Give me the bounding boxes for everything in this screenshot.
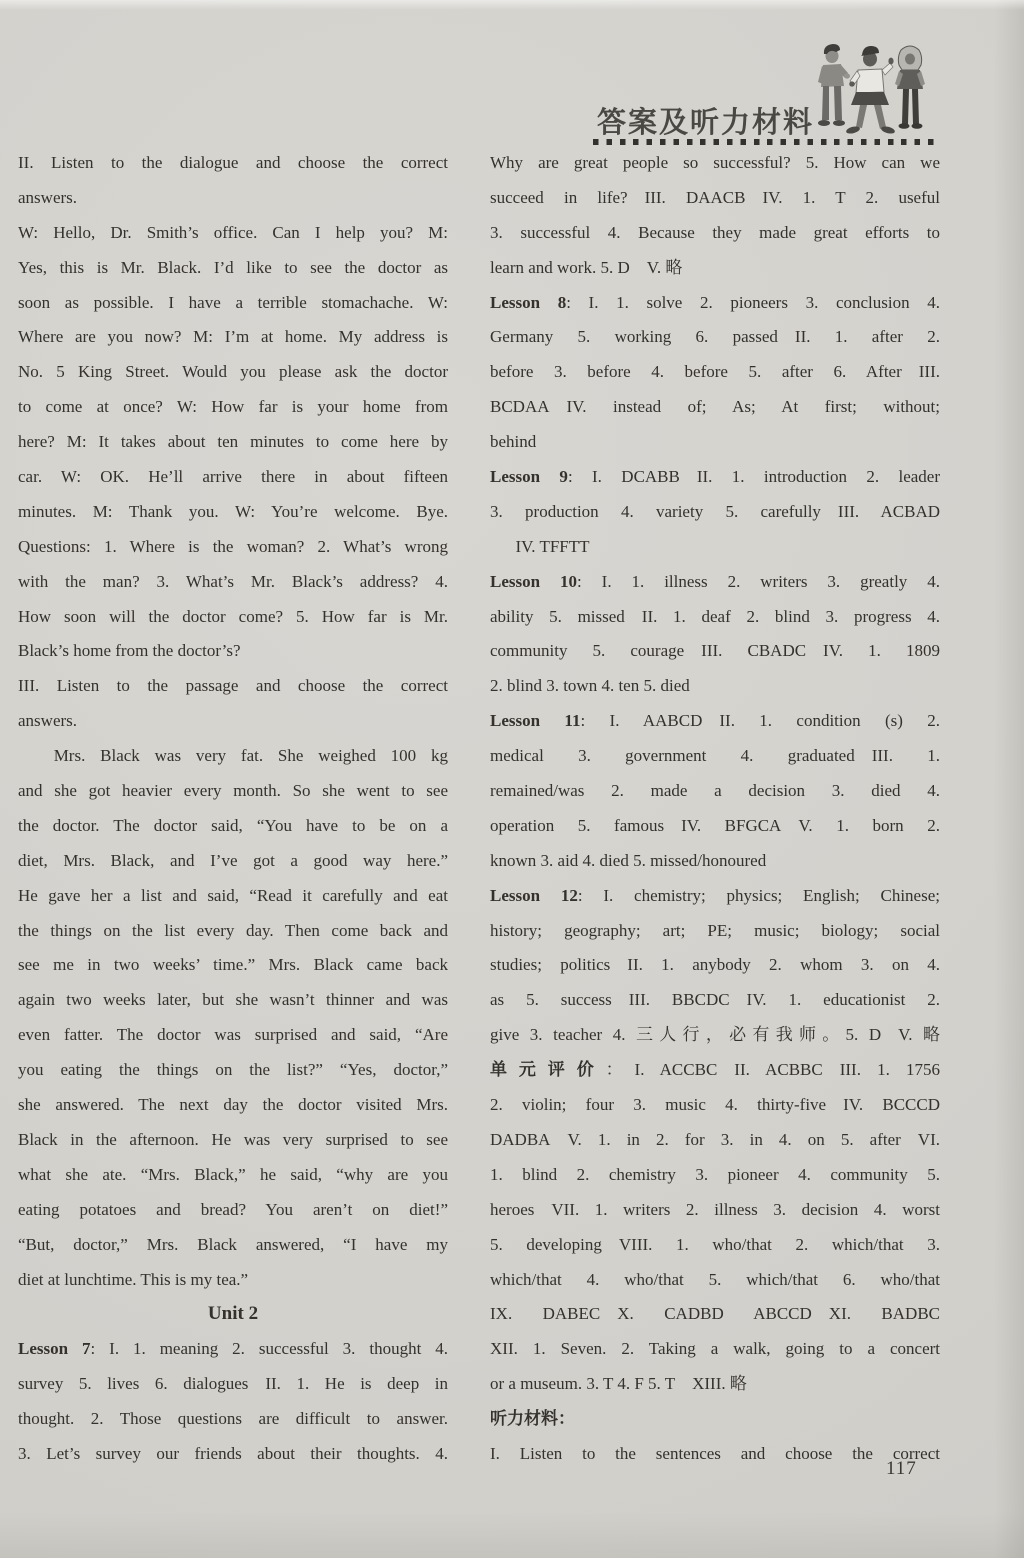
text-line: or a museum. 3. T 4. F 5. T XIII. 略 [490, 1367, 940, 1402]
text-line: soon as possible. I have a terrible stom… [18, 286, 448, 321]
text-line: community 5. courage III. CBADC IV. 1. 1… [490, 634, 940, 669]
text-line: even fatter. The doctor was surprised an… [18, 1018, 448, 1053]
text-line: 1. blind 2. chemistry 3. pioneer 4. comm… [490, 1158, 940, 1193]
text-line: thought. 2. Those questions are difficul… [18, 1402, 448, 1437]
text-line: you eating the things on the list?” “Yes… [18, 1053, 448, 1088]
text-line: 2. violin; four 3. music 4. thirty-five … [490, 1088, 940, 1123]
text-line: Black in the afternoon. He was very surp… [18, 1123, 448, 1158]
text-line: DADBA V. 1. in 2. for 3. in 4. on 5. aft… [490, 1123, 940, 1158]
text-line: the things on the list every day. Then c… [18, 914, 448, 949]
text-line: see me in two weeks’ time.” Mrs. Black c… [18, 948, 448, 983]
text-line: history; geography; art; PE; music; biol… [490, 914, 940, 949]
text-line: Lesson 7: I. 1. meaning 2. successful 3.… [18, 1332, 448, 1367]
text-line: studies; politics II. 1. anybody 2. whom… [490, 948, 940, 983]
text-line: ability 5. missed II. 1. deaf 2. blind 3… [490, 600, 940, 635]
text-line: IV. TFFTT [490, 530, 940, 565]
text-line: again two weeks later, but she wasn’t th… [18, 983, 448, 1018]
text-line: 3. successful 4. Because they made great… [490, 216, 940, 251]
text-line: Lesson 8: I. 1. solve 2. pioneers 3. con… [490, 286, 940, 321]
text-line: 3. production 4. variety 5. carefully II… [490, 495, 940, 530]
text-line: BCDAA IV. instead of; As; At first; with… [490, 390, 940, 425]
text-line: XII. 1. Seven. 2. Taking a walk, going t… [490, 1332, 940, 1367]
text-line: Lesson 9: I. DCABB II. 1. introduction 2… [490, 460, 940, 495]
text-line: Germany 5. working 6. passed II. 1. afte… [490, 320, 940, 355]
text-line: 单元评价：I. ACCBC II. ACBBC III. 1. 1756 [490, 1053, 940, 1088]
text-line: give 3. teacher 4. 三人行，必有我师。5. D V. 略 [490, 1018, 940, 1053]
scanned-book-page: 答案及听力材料 [0, 0, 1024, 1558]
text-line: Lesson 11: I. AABCD II. 1. condition (s)… [490, 704, 940, 739]
text-line: as 5. success III. BBCDC IV. 1. educatio… [490, 983, 940, 1018]
text-line: How soon will the doctor come? 5. How fa… [18, 600, 448, 635]
text-line: heroes VII. 1. writers 2. illness 3. dec… [490, 1193, 940, 1228]
text-line: diet at lunchtime. This is my tea.” [18, 1263, 448, 1298]
text-line: 5. developing VIII. 1. who/that 2. which… [490, 1228, 940, 1263]
text-line: He gave her a list and said, “Read it ca… [18, 879, 448, 914]
text-line: Questions: 1. Where is the woman? 2. Wha… [18, 530, 448, 565]
text-column-left: II. Listen to the dialogue and choose th… [18, 146, 448, 1472]
text-line: which/that 4. who/that 5. which/that 6. … [490, 1263, 940, 1298]
text-line: Where are you now? M: I’m at home. My ad… [18, 320, 448, 355]
text-line: succeed in life? III. DAACB IV. 1. T 2. … [490, 181, 940, 216]
text-line: 2. blind 3. town 4. ten 5. died [490, 669, 940, 704]
text-line: Yes, this is Mr. Black. I’d like to see … [18, 251, 448, 286]
student-middle-figure [845, 46, 895, 135]
text-line: learn and work. 5. D V. 略 [490, 251, 940, 286]
page-header-title: 答案及听力材料 [597, 100, 814, 141]
text-line: IX. DABEC X. CADBD ABCCD XI. BADBC [490, 1297, 940, 1332]
text-line: before 3. before 4. before 5. after 6. A… [490, 355, 940, 390]
text-line: answers. [18, 704, 448, 739]
text-line: minutes. M: Thank you. W: You’re welcome… [18, 495, 448, 530]
text-line: the doctor. The doctor said, “You have t… [18, 809, 448, 844]
text-line: Lesson 12: I. chemistry; physics; Englis… [490, 879, 940, 914]
text-line: eating potatoes and bread? You aren’t on… [18, 1193, 448, 1228]
student-girl-figure [895, 46, 925, 129]
text-line: Mrs. Black was very fat. She weighed 100… [18, 739, 448, 774]
text-line: I. Listen to the sentences and choose th… [490, 1437, 940, 1472]
text-line: survey 5. lives 6. dialogues II. 1. He i… [18, 1367, 448, 1402]
text-line: answers. [18, 181, 448, 216]
three-students-illustration-icon [810, 42, 928, 140]
text-line: diet, Mrs. Black, and I’ve got a good wa… [18, 844, 448, 879]
text-line: Black’s home from the doctor’s? [18, 634, 448, 669]
text-line: here? M: It takes about ten minutes to c… [18, 425, 448, 460]
text-line: “But, doctor,” Mrs. Black answered, “I h… [18, 1228, 448, 1263]
text-line: W: Hello, Dr. Smith’s office. Can I help… [18, 216, 448, 251]
text-line: to come at once? W: How far is your home… [18, 390, 448, 425]
text-line: she answered. The next day the doctor vi… [18, 1088, 448, 1123]
text-line: remained/was 2. made a decision 3. died … [490, 774, 940, 809]
text-line: 听力材料： [490, 1402, 940, 1437]
text-line: what she ate. “Mrs. Black,” he said, “wh… [18, 1158, 448, 1193]
text-line: III. Listen to the passage and choose th… [18, 669, 448, 704]
text-line: 3. Let’s survey our friends about their … [18, 1437, 448, 1472]
text-line: Lesson 10: I. 1. illness 2. writers 3. g… [490, 565, 940, 600]
text-line: behind [490, 425, 940, 460]
text-column-right: Why are great people so successful? 5. H… [490, 146, 940, 1472]
student-boy-figure [818, 44, 850, 126]
text-line: medical 3. government 4. graduated III. … [490, 739, 940, 774]
text-line: with the man? 3. What’s Mr. Black’s addr… [18, 565, 448, 600]
text-line: known 3. aid 4. died 5. missed/honoured [490, 844, 940, 879]
text-line: Why are great people so successful? 5. H… [490, 146, 940, 181]
text-line: and she got heavier every month. So she … [18, 774, 448, 809]
text-line: Unit 2 [18, 1297, 448, 1332]
text-line: operation 5. famous IV. BFGCA V. 1. born… [490, 809, 940, 844]
text-line: No. 5 King Street. Would you please ask … [18, 355, 448, 390]
text-line: car. W: OK. He’ll arrive there in about … [18, 460, 448, 495]
text-line: II. Listen to the dialogue and choose th… [18, 146, 448, 181]
page-number: 117 [886, 1458, 946, 1480]
